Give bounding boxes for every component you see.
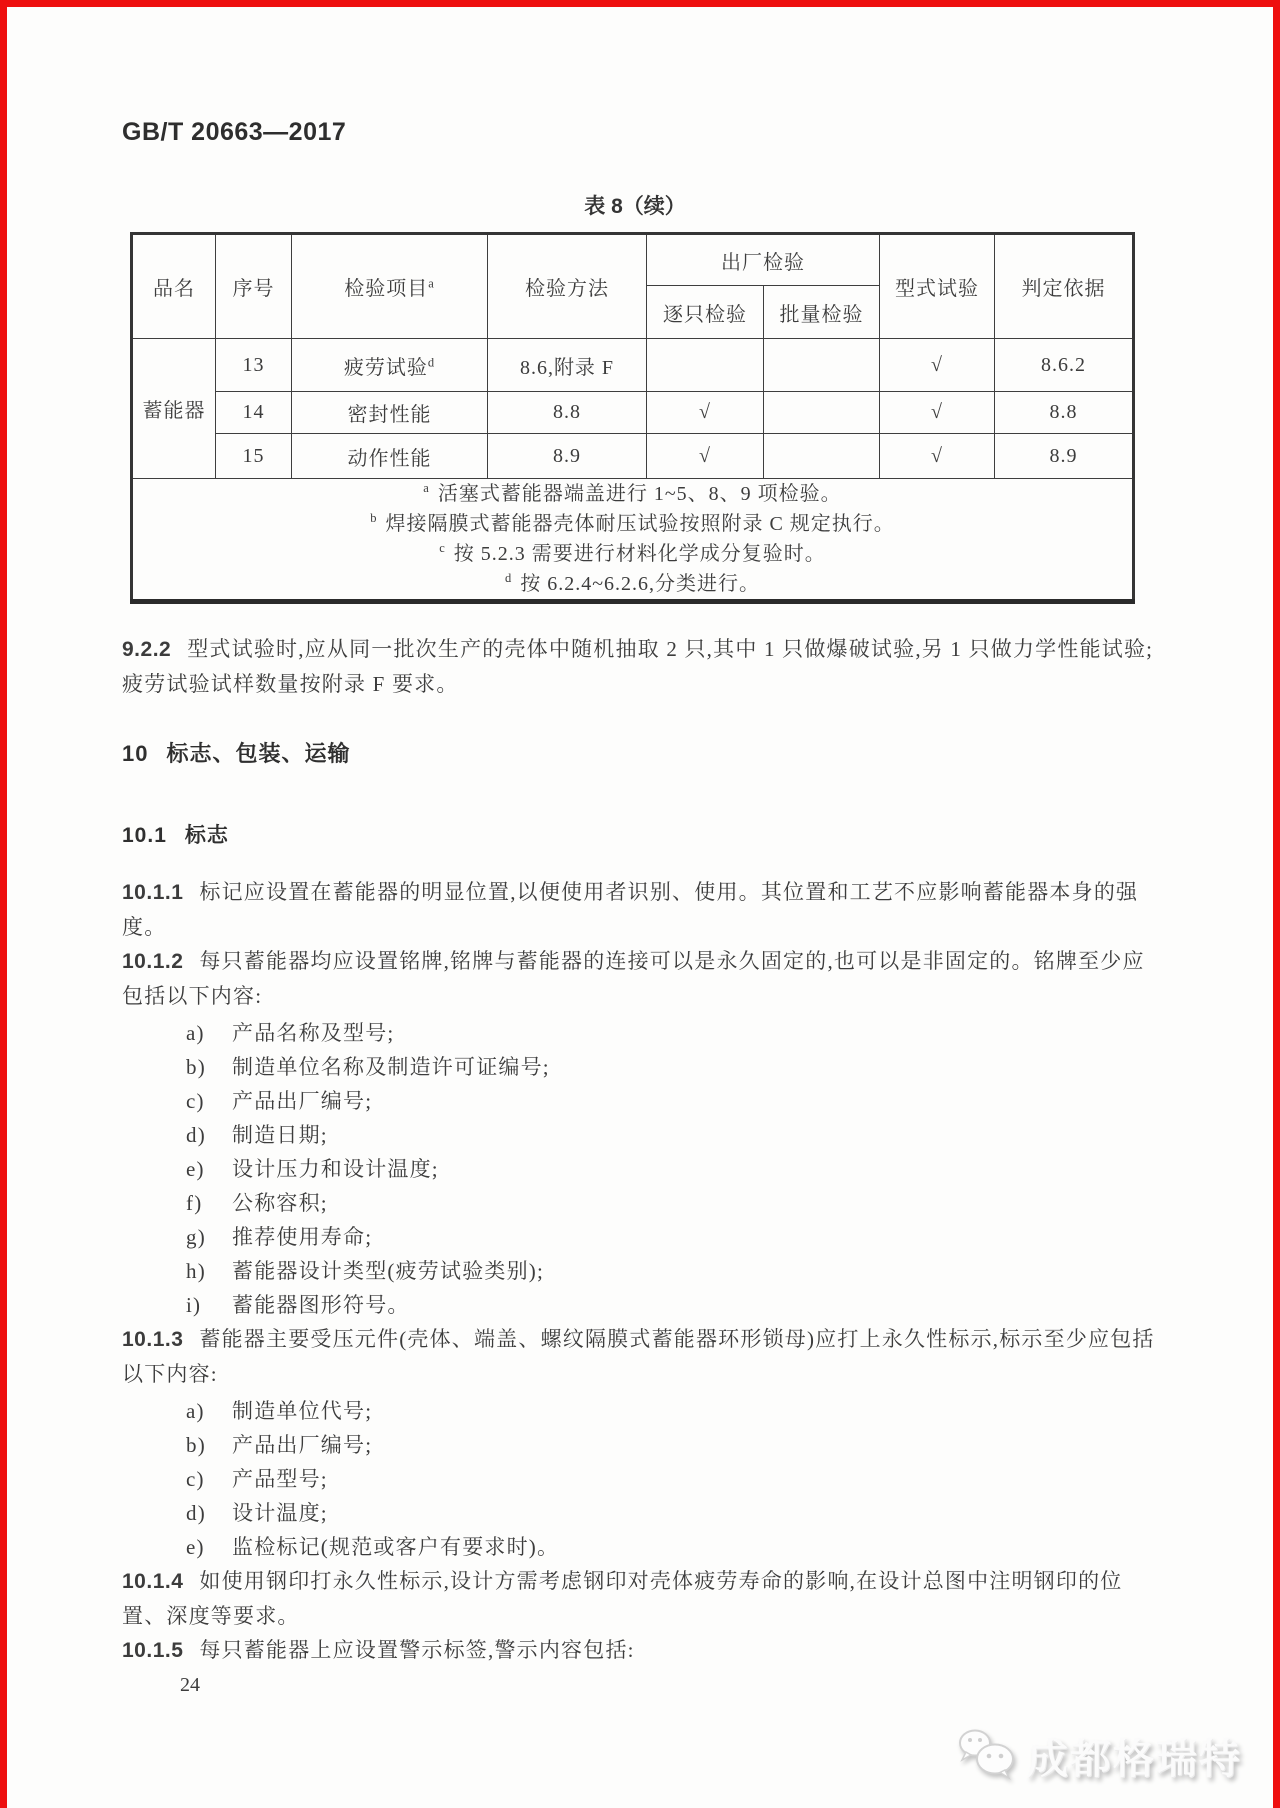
clause-9-2-2: 9.2.2型式试验时,应从同一批次生产的壳体中随机抽取 2 只,其中 1 只做爆… — [122, 632, 1160, 701]
list-item: e)设计压力和设计温度; — [122, 1152, 1160, 1186]
col-header-factory-inspection: 出厂检验 — [647, 234, 880, 286]
scan-frame-right — [1273, 0, 1280, 1808]
cell-each — [647, 339, 764, 392]
col-header-item: 检验项目a — [292, 234, 488, 339]
col-header-each-unit: 逐只检验 — [647, 286, 764, 339]
list-item: b)制造单位名称及制造许可证编号; — [122, 1050, 1160, 1084]
cell-basis: 8.9 — [995, 434, 1134, 479]
list-item: c)产品出厂编号; — [122, 1084, 1160, 1118]
cell-item: 密封性能 — [292, 392, 488, 434]
table-row: 15 动作性能 8.9 √ √ 8.9 — [132, 434, 1134, 479]
list-item: b)产品出厂编号; — [122, 1428, 1160, 1462]
cell-batch — [764, 434, 880, 479]
list-item: i)蓄能器图形符号。 — [122, 1288, 1160, 1322]
cell-basis: 8.8 — [995, 392, 1134, 434]
list-item: f)公称容积; — [122, 1186, 1160, 1220]
section-heading-10: 10标志、包装、运输 — [122, 737, 1160, 767]
cell-method: 8.9 — [488, 434, 647, 479]
cell-method: 8.6,附录 F — [488, 339, 647, 392]
table-row: 蓄能器 13 疲劳试验d 8.6,附录 F √ 8.6.2 — [132, 339, 1134, 392]
table-footnotes: a活塞式蓄能器端盖进行 1~5、8、9 项检验。 b焊接隔膜式蓄能器壳体耐压试验… — [132, 479, 1134, 602]
footnote-ref-d: d — [428, 355, 435, 369]
cell-item: 动作性能 — [292, 434, 488, 479]
cell-item: 疲劳试验d — [292, 339, 488, 392]
inspection-table: 品名 序号 检验项目a 检验方法 出厂检验 型式试验 判定依据 逐只检验 批量检… — [130, 232, 1135, 604]
col-header-method: 检验方法 — [488, 234, 647, 339]
col-header-basis: 判定依据 — [995, 234, 1134, 339]
cell-type-test: √ — [880, 392, 995, 434]
clause-10-1-1: 10.1.1标记应设置在蓄能器的明显位置,以便使用者识别、使用。其位置和工艺不应… — [122, 875, 1160, 944]
cell-type-test: √ — [880, 339, 995, 392]
watermark-text: 成都格瑞特 — [1027, 1726, 1242, 1785]
cell-each: √ — [647, 434, 764, 479]
footnote-ref-a: a — [428, 276, 435, 290]
cell-basis: 8.6.2 — [995, 339, 1134, 392]
footnote-b: b焊接隔膜式蓄能器壳体耐压试验按照附录 C 规定执行。 — [133, 509, 1132, 539]
page-number: 24 — [180, 1668, 1160, 1702]
table-row: 14 密封性能 8.8 √ √ 8.8 — [132, 392, 1134, 434]
cell-method: 8.8 — [488, 392, 647, 434]
clause-10-1-3: 10.1.3蓄能器主要受压元件(壳体、端盖、螺纹隔膜式蓄能器环形锁母)应打上永久… — [122, 1322, 1160, 1391]
list-item: a)产品名称及型号; — [122, 1016, 1160, 1050]
cell-no: 15 — [216, 434, 292, 479]
cell-batch — [764, 392, 880, 434]
list-item: d)设计温度; — [122, 1496, 1160, 1530]
col-header-no: 序号 — [216, 234, 292, 339]
list-item: c)产品型号; — [122, 1462, 1160, 1496]
section-heading-10-1: 10.1标志 — [122, 819, 1160, 847]
cell-type-test: √ — [880, 434, 995, 479]
cell-batch — [764, 339, 880, 392]
list-item: a)制造单位代号; — [122, 1394, 1160, 1428]
footnote-c: c按 5.2.3 需要进行材料化学成分复验时。 — [133, 539, 1132, 569]
col-header-product: 品名 — [132, 234, 216, 339]
list-item: e)监检标记(规范或客户有要求时)。 — [122, 1530, 1160, 1564]
scan-frame-left — [0, 0, 7, 1808]
clause-10-1-2: 10.1.2每只蓄能器均应设置铭牌,铭牌与蓄能器的连接可以是永久固定的,也可以是… — [122, 944, 1160, 1013]
clause-10-1-4: 10.1.4如使用钢印打永久性标示,设计方需考虑钢印对壳体疲劳寿命的影响,在设计… — [122, 1564, 1160, 1633]
col-header-batch: 批量检验 — [764, 286, 880, 339]
cell-each: √ — [647, 392, 764, 434]
watermark: 成都格瑞特 — [955, 1726, 1242, 1785]
col-header-type-test: 型式试验 — [880, 234, 995, 339]
footnote-a: a活塞式蓄能器端盖进行 1~5、8、9 项检验。 — [133, 479, 1132, 509]
list-item: d)制造日期; — [122, 1118, 1160, 1152]
nameplate-items-list: a)产品名称及型号; b)制造单位名称及制造许可证编号; c)产品出厂编号; d… — [122, 1016, 1160, 1322]
table-title: 表 8（续） — [130, 190, 1140, 216]
standard-number: GB/T 20663—2017 — [122, 118, 1160, 148]
cell-product-group: 蓄能器 — [132, 339, 216, 479]
clause-10-1-5: 10.1.5每只蓄能器上应设置警示标签,警示内容包括: — [122, 1633, 1160, 1668]
wechat-icon — [955, 1726, 1017, 1785]
footnote-d: d按 6.2.4~6.2.6,分类进行。 — [133, 569, 1132, 599]
scan-frame-top — [0, 0, 1280, 7]
list-item: h)蓄能器设计类型(疲劳试验类别); — [122, 1254, 1160, 1288]
cell-no: 14 — [216, 392, 292, 434]
document-page: GB/T 20663—2017 表 8（续） 品名 序号 检验项目a 检验方法 … — [0, 0, 1280, 1702]
cell-no: 13 — [216, 339, 292, 392]
list-item: g)推荐使用寿命; — [122, 1220, 1160, 1254]
marking-items-list: a)制造单位代号; b)产品出厂编号; c)产品型号; d)设计温度; e)监检… — [122, 1394, 1160, 1564]
